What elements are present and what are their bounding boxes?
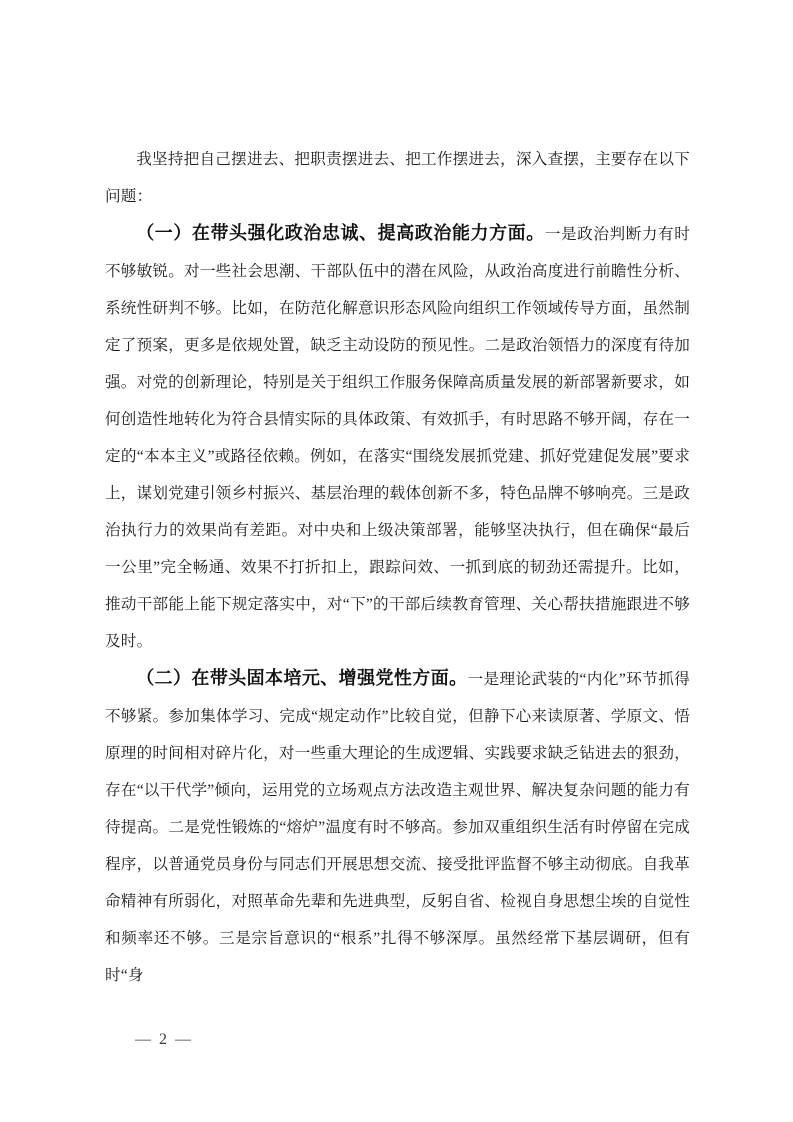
body-text-run: 一是政治判断力有时不够敏锐。对一些社会思潮、干部队伍中的潜在风险，从政治高度进行…	[105, 226, 690, 650]
body-text-run: 我坚持把自己摆进去、把职责摆进去、把工作摆进去，深入查摆，主要存在以下问题：	[105, 151, 690, 205]
body-text-run: 一是理论武装的“内化”环节抓得不够紧。参加集体学习、完成“规定动作”比较自觉，但…	[105, 671, 690, 984]
document-body: 我坚持把自己摆进去、把职责摆进去、把工作摆进去，深入查摆，主要存在以下问题：（一…	[105, 141, 690, 994]
section-heading-run: （一）在带头强化政治忠诚、提高政治能力方面。	[136, 223, 545, 243]
paragraph-section-2: （二）在带头固本培元、增强党性方面。一是理论武装的“内化”环节抓得不够紧。参加集…	[105, 660, 690, 994]
section-heading-run: （二）在带头固本培元、增强党性方面。	[136, 668, 467, 688]
paragraph-section-1: （一）在带头强化政治忠诚、提高政治能力方面。一是政治判断力有时不够敏锐。对一些社…	[105, 215, 690, 660]
page-number: — 2 —	[135, 1031, 193, 1049]
paragraph-intro: 我坚持把自己摆进去、把职责摆进去、把工作摆进去，深入查摆，主要存在以下问题：	[105, 141, 690, 215]
document-page: 我坚持把自己摆进去、把职责摆进去、把工作摆进去，深入查摆，主要存在以下问题：（一…	[0, 0, 793, 1122]
